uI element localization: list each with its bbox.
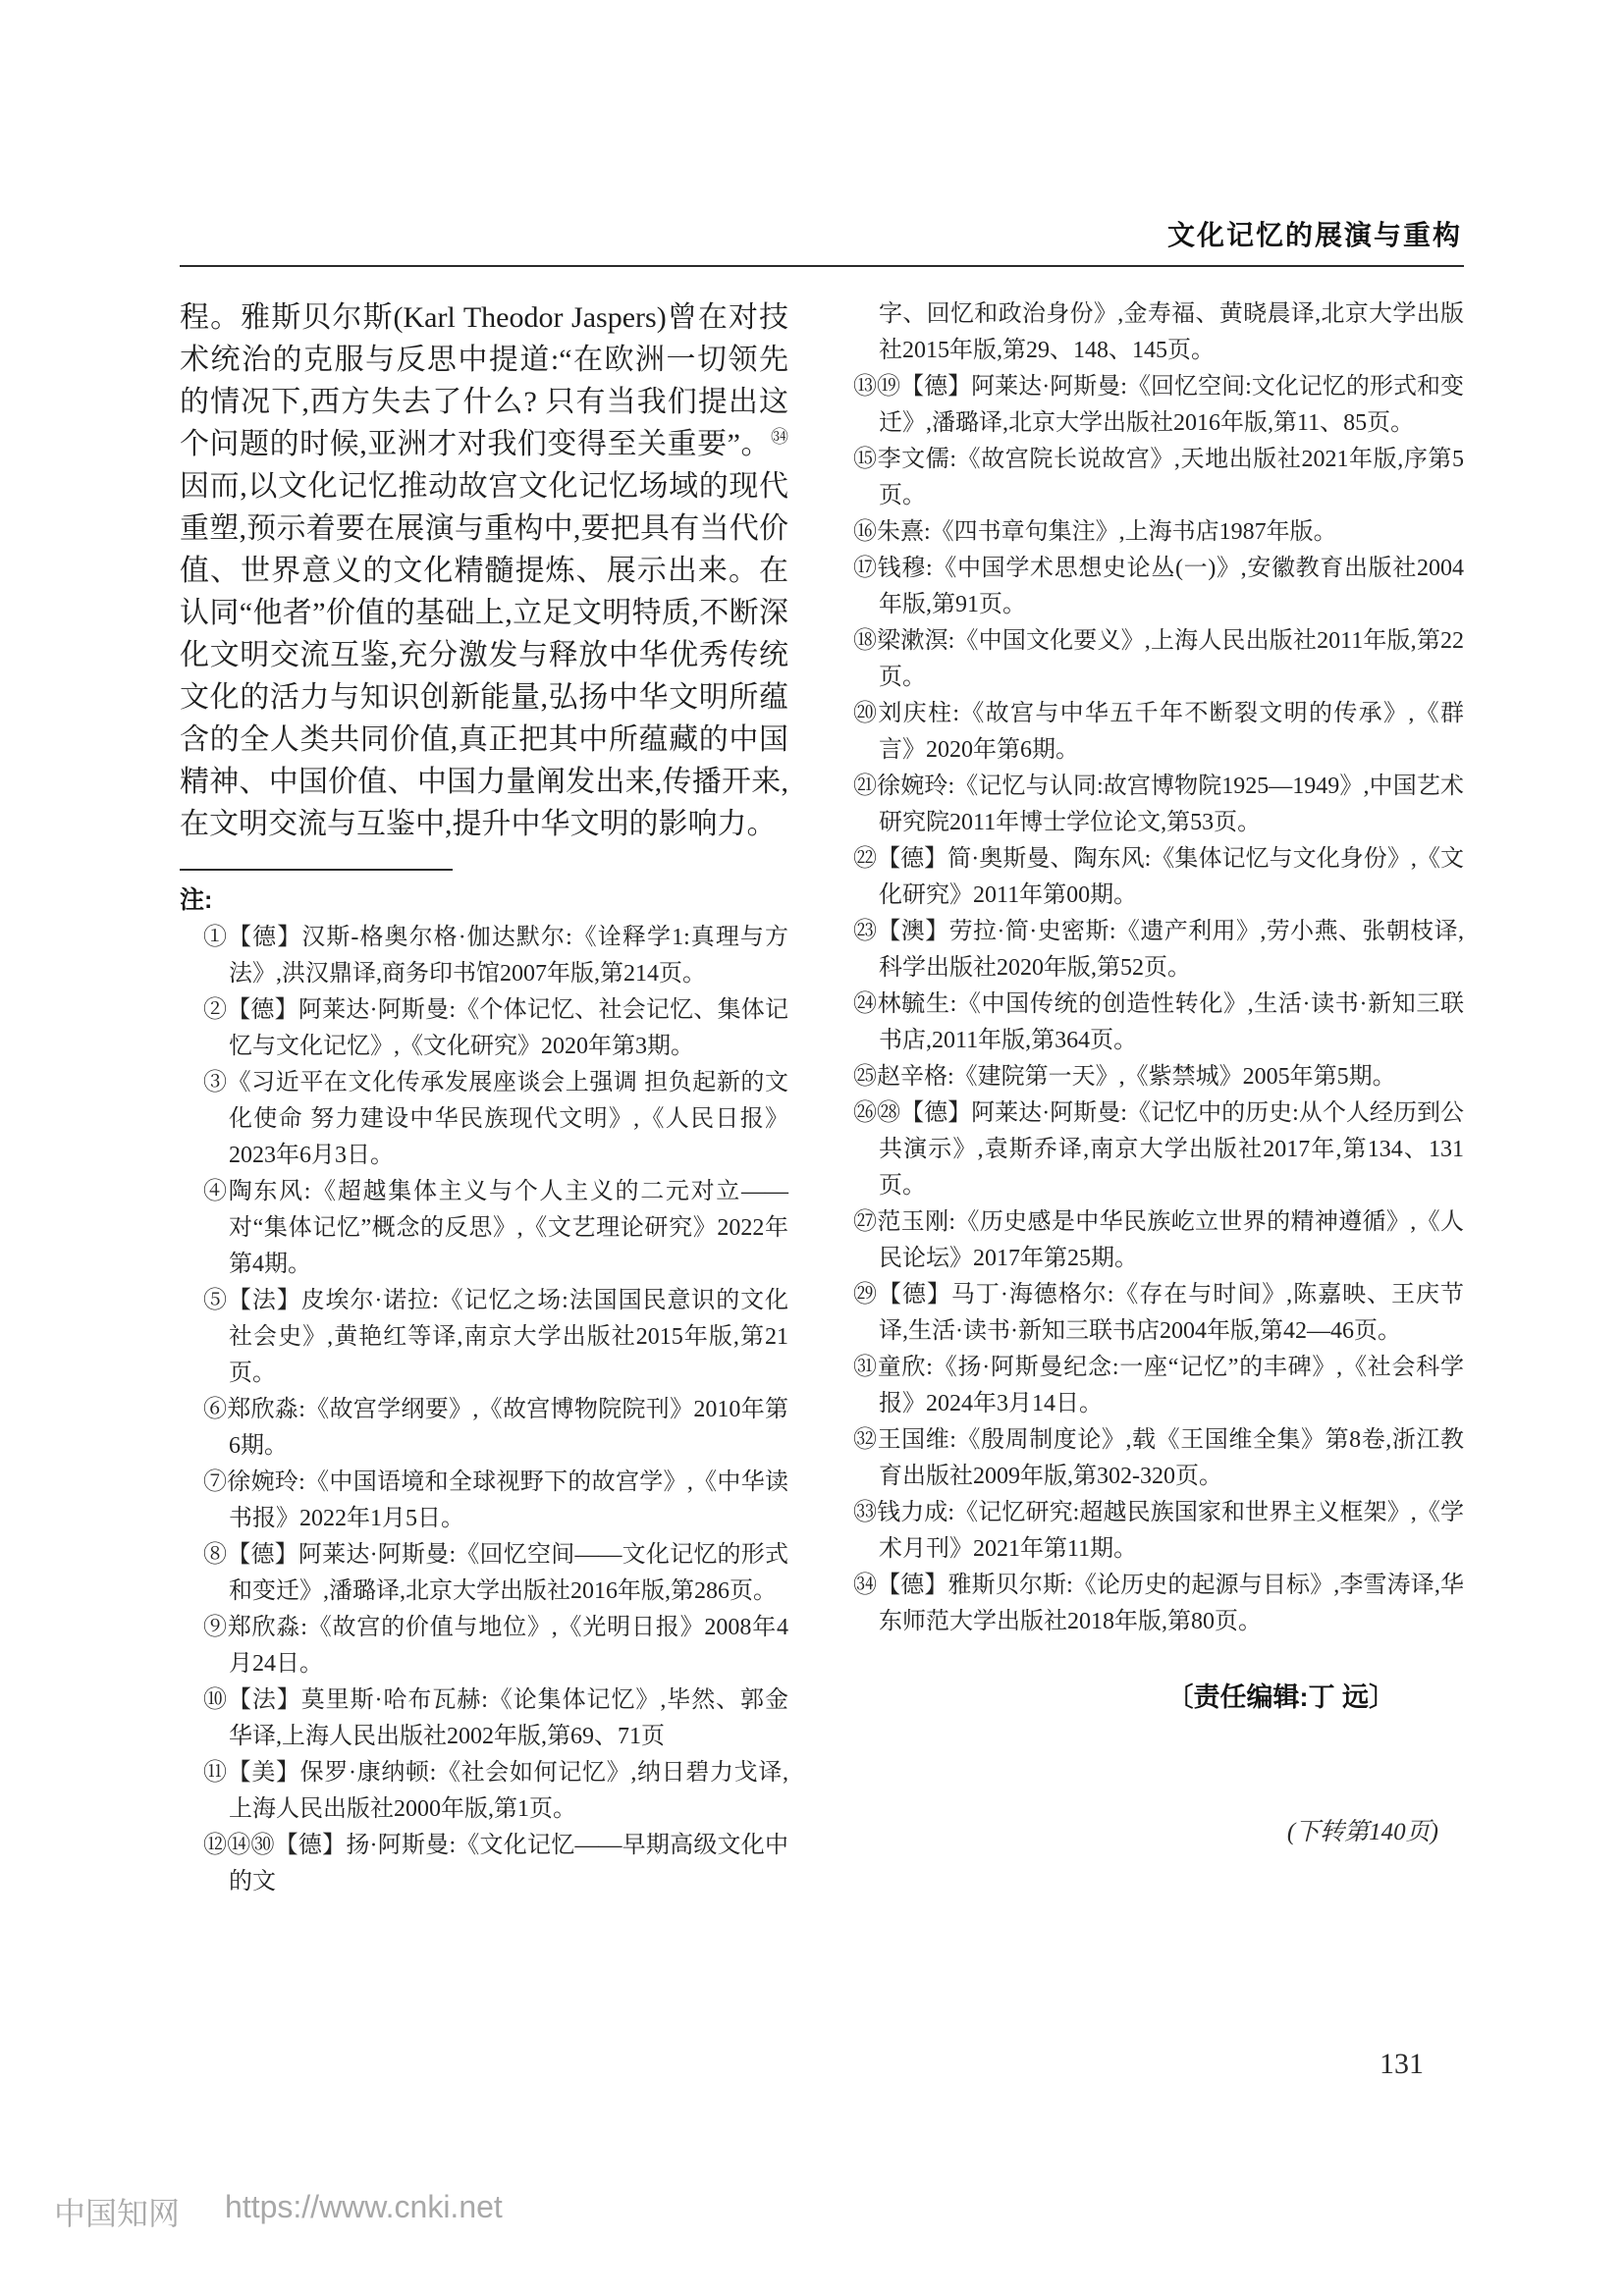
note-item: ⑯朱熹:《四书章句集注》,上海书店1987年版。	[853, 514, 1464, 551]
note-marker: ㉔	[853, 991, 878, 1017]
note-marker: ㉜	[853, 1427, 878, 1453]
two-column-layout: 程。雅斯贝尔斯(Karl Theodor Jaspers)曾在对技术统治的克服与…	[180, 296, 1464, 1900]
note-marker: ⑨	[203, 1615, 228, 1640]
note-item-continuation: 字、回忆和政治身份》,金寿福、黄晓晨译,北京大学出版社2015年版,第29、14…	[853, 296, 1464, 369]
note-text: 【法】皮埃尔·诺拉:《记忆之场:法国国民意识的文化社会史》,黄艳红等译,南京大学…	[228, 1288, 788, 1386]
note-marker: ③	[203, 1070, 228, 1095]
note-text: 李文儒:《故宫院长说故宫》,天地出版社2021年版,序第5页。	[878, 447, 1464, 508]
note-text: 陶东风:《超越集体主义与个人主义的二元对立——对“集体记忆”概念的反思》,《文艺…	[229, 1179, 788, 1277]
page-content: 文化记忆的展演与重构 程。雅斯贝尔斯(Karl Theodor Jaspers)…	[180, 214, 1464, 1900]
note-text: 字、回忆和政治身份》,金寿福、黄晓晨译,北京大学出版社2015年版,第29、14…	[879, 301, 1464, 363]
note-text: 【德】阿莱达·阿斯曼:《回忆空间——文化记忆的形式和变迁》,潘璐译,北京大学出版…	[227, 1542, 788, 1604]
note-item: ⑫⑭㉚【德】扬·阿斯曼:《文化记忆——早期高级文化中的文	[180, 1828, 788, 1900]
note-text: 徐婉玲:《记忆与认同:故宫博物院1925—1949》,中国艺术研究院2011年博…	[877, 774, 1464, 835]
note-item: ㉞【德】雅斯贝尔斯:《论历史的起源与目标》,李雪涛译,华东师范大学出版社2018…	[853, 1568, 1464, 1640]
note-text: 梁漱溟:《中国文化要义》,上海人民出版社2011年版,第22页。	[877, 628, 1464, 690]
article-paragraph: 程。雅斯贝尔斯(Karl Theodor Jaspers)曾在对技术统治的克服与…	[180, 296, 788, 845]
cnki-brand: 中国知网	[54, 2189, 180, 2234]
note-item: ⑨郑欣淼:《故宫的价值与地位》,《光明日报》2008年4月24日。	[180, 1610, 788, 1682]
note-text: 赵辛格:《建院第一天》,《紫禁城》2005年第5期。	[877, 1064, 1396, 1090]
note-item: ⑰钱穆:《中国学术思想史论丛(一)》,安徽教育出版社2004年版,第91页。	[853, 551, 1464, 623]
note-item: ④陶东风:《超越集体主义与个人主义的二元对立——对“集体记忆”概念的反思》,《文…	[180, 1174, 788, 1283]
note-item: ㉒【德】简·奥斯曼、陶东风:《集体记忆与文化身份》,《文化研究》2011年第00…	[853, 841, 1464, 914]
note-marker: ⑫⑭㉚	[203, 1833, 275, 1858]
note-text: 《习近平在文化传承发展座谈会上强调 担负起新的文化使命 努力建设中华民族现代文明…	[228, 1070, 788, 1168]
note-text: 徐婉玲:《中国语境和全球视野下的故宫学》,《中华读书报》2022年1月5日。	[227, 1469, 788, 1531]
footnote-ref-34: ㉞	[771, 427, 788, 447]
note-marker: ⑰	[853, 556, 878, 581]
note-text: 【德】汉斯-格奥尔格·伽达默尔:《诠释学1:真理与方法》,洪汉鼎译,商务印书馆2…	[228, 925, 788, 987]
note-item: ⑬⑲【德】阿莱达·阿斯曼:《回忆空间:文化记忆的形式和变迁》,潘璐译,北京大学出…	[853, 369, 1464, 442]
notes-label: 注:	[180, 881, 788, 920]
note-marker: ⑬⑲	[853, 374, 900, 400]
note-marker: ⑩	[203, 1687, 228, 1713]
note-text: 钱穆:《中国学术思想史论丛(一)》,安徽教育出版社2004年版,第91页。	[878, 556, 1464, 617]
note-item: ㉝钱力成:《记忆研究:超越民族国家和世界主义框架》,《学术月刊》2021年第11…	[853, 1495, 1464, 1568]
continuation-note: (下转第140页)	[853, 1812, 1464, 1847]
note-item: ③《习近平在文化传承发展座谈会上强调 担负起新的文化使命 努力建设中华民族现代文…	[180, 1065, 788, 1174]
note-text: 【德】雅斯贝尔斯:《论历史的起源与目标》,李雪涛译,华东师范大学出版社2018年…	[877, 1573, 1464, 1634]
note-marker: ⑯	[853, 519, 877, 545]
note-item: ②【德】阿莱达·阿斯曼:《个体记忆、社会记忆、集体记忆与文化记忆》,《文化研究》…	[180, 992, 788, 1065]
note-text: 童欣:《扬·阿斯曼纪念:一座“记忆”的丰碑》,《社会科学报》2024年3月14日…	[878, 1355, 1464, 1416]
note-item: ⑦徐婉玲:《中国语境和全球视野下的故宫学》,《中华读书报》2022年1月5日。	[180, 1465, 788, 1537]
cnki-watermark: 中国知网 https://www.cnki.net	[54, 2189, 503, 2234]
note-marker: ⑦	[203, 1469, 227, 1495]
note-text: 【德】简·奥斯曼、陶东风:《集体记忆与文化身份》,《文化研究》2011年第00期…	[877, 846, 1464, 908]
note-text: 【德】马丁·海德格尔:《存在与时间》,陈嘉映、王庆节译,生活·读书·新知三联书店…	[878, 1282, 1464, 1344]
note-marker: ㉒	[853, 846, 877, 872]
note-item: ㉔林毓生:《中国传统的创造性转化》,生活·读书·新知三联书店,2011年版,第3…	[853, 987, 1464, 1059]
note-text: 【德】扬·阿斯曼:《文化记忆——早期高级文化中的文	[229, 1833, 788, 1895]
note-marker: ㉝	[853, 1500, 877, 1525]
note-item: ⑱梁漱溟:《中国文化要义》,上海人民出版社2011年版,第22页。	[853, 623, 1464, 696]
note-text: 范玉刚:《历史感是中华民族屹立世界的精神遵循》,《人民论坛》2017年第25期。	[877, 1209, 1464, 1271]
note-marker: ⑧	[203, 1542, 227, 1568]
note-text: 王国维:《殷周制度论》,载《王国维全集》第8卷,浙江教育出版社2009年版,第3…	[878, 1427, 1464, 1489]
page-number: 131	[1380, 2048, 1424, 2081]
note-marker: ㉓	[853, 919, 877, 944]
note-marker: ②	[203, 997, 227, 1023]
left-column: 程。雅斯贝尔斯(Karl Theodor Jaspers)曾在对技术统治的克服与…	[180, 296, 788, 1900]
note-item: ⑤【法】皮埃尔·诺拉:《记忆之场:法国国民意识的文化社会史》,黄艳红等译,南京大…	[180, 1283, 788, 1392]
note-marker: ㉕	[853, 1064, 877, 1090]
note-item: ⑳刘庆柱:《故宫与中华五千年不断裂文明的传承》,《群言》2020年第6期。	[853, 696, 1464, 769]
right-column: 字、回忆和政治身份》,金寿福、黄晓晨译,北京大学出版社2015年版,第29、14…	[853, 296, 1464, 1900]
page-header: 文化记忆的展演与重构	[180, 214, 1464, 253]
note-text: 刘庆柱:《故宫与中华五千年不断裂文明的传承》,《群言》2020年第6期。	[878, 701, 1464, 763]
note-item: ㉙【德】马丁·海德格尔:《存在与时间》,陈嘉映、王庆节译,生活·读书·新知三联书…	[853, 1277, 1464, 1350]
note-text: 【美】保罗·康纳顿:《社会如何记忆》,纳日碧力戈译,上海人民出版社2000年版,…	[228, 1760, 788, 1822]
note-item: ㉖㉘【德】阿莱达·阿斯曼:《记忆中的历史:从个人经历到公共演示》,袁斯乔译,南京…	[853, 1095, 1464, 1204]
note-marker: ④	[203, 1179, 229, 1204]
paragraph-text-after-ref: 因而,以文化记忆推动故宫文化记忆场域的现代重塑,预示着要在展演与重构中,要把具有…	[180, 470, 788, 840]
note-text: 【澳】劳拉·简·史密斯:《遗产利用》,劳小燕、张朝枝译,科学出版社2020年版,…	[877, 919, 1464, 981]
note-text: 【法】莫里斯·哈布瓦赫:《论集体记忆》,毕然、郭金华译,上海人民出版社2002年…	[228, 1687, 788, 1749]
note-text: 【德】阿莱达·阿斯曼:《个体记忆、社会记忆、集体记忆与文化记忆》,《文化研究》2…	[227, 997, 788, 1059]
note-item: ⑪【美】保罗·康纳顿:《社会如何记忆》,纳日碧力戈译,上海人民出版社2000年版…	[180, 1755, 788, 1828]
note-item: ㉑徐婉玲:《记忆与认同:故宫博物院1925—1949》,中国艺术研究院2011年…	[853, 769, 1464, 841]
note-marker: ①	[203, 925, 228, 950]
running-title: 文化记忆的展演与重构	[1167, 220, 1464, 250]
note-marker: ㉑	[853, 774, 877, 799]
editor-note: 〔责任编辑:丁 远〕	[853, 1676, 1464, 1714]
note-item: ㉜王国维:《殷周制度论》,载《王国维全集》第8卷,浙江教育出版社2009年版,第…	[853, 1422, 1464, 1495]
note-item: ㉓【澳】劳拉·简·史密斯:《遗产利用》,劳小燕、张朝枝译,科学出版社2020年版…	[853, 914, 1464, 987]
note-marker: ⑱	[853, 628, 877, 654]
footnote-separator	[180, 869, 453, 871]
note-marker: ㉙	[853, 1282, 878, 1308]
note-text: 朱熹:《四书章句集注》,上海书店1987年版。	[877, 519, 1337, 545]
note-text: 【德】阿莱达·阿斯曼:《回忆空间:文化记忆的形式和变迁》,潘璐译,北京大学出版社…	[879, 374, 1464, 436]
note-marker: ㉖㉘	[853, 1100, 900, 1126]
note-marker: ⑪	[203, 1760, 228, 1786]
note-marker: ⑳	[853, 701, 878, 726]
note-item: ⑮李文儒:《故宫院长说故宫》,天地出版社2021年版,序第5页。	[853, 442, 1464, 514]
note-marker: ㉞	[853, 1573, 877, 1598]
note-text: 郑欣淼:《故宫学纲要》,《故宫博物院院刊》2010年第6期。	[227, 1397, 788, 1459]
header-rule	[180, 265, 1464, 267]
note-item: ⑩【法】莫里斯·哈布瓦赫:《论集体记忆》,毕然、郭金华译,上海人民出版社2002…	[180, 1682, 788, 1755]
note-item: ㉛童欣:《扬·阿斯曼纪念:一座“记忆”的丰碑》,《社会科学报》2024年3月14…	[853, 1350, 1464, 1422]
note-marker: ⑥	[203, 1397, 227, 1422]
note-item: ⑧【德】阿莱达·阿斯曼:《回忆空间——文化记忆的形式和变迁》,潘璐译,北京大学出…	[180, 1537, 788, 1610]
note-text: 【德】阿莱达·阿斯曼:《记忆中的历史:从个人经历到公共演示》,袁斯乔译,南京大学…	[879, 1100, 1464, 1199]
note-item: ⑥郑欣淼:《故宫学纲要》,《故宫博物院院刊》2010年第6期。	[180, 1392, 788, 1465]
cnki-url: https://www.cnki.net	[225, 2189, 503, 2234]
paragraph-text-before-ref: 程。雅斯贝尔斯(Karl Theodor Jaspers)曾在对技术统治的克服与…	[180, 301, 788, 460]
note-text: 钱力成:《记忆研究:超越民族国家和世界主义框架》,《学术月刊》2021年第11期…	[877, 1500, 1464, 1562]
note-text: 郑欣淼:《故宫的价值与地位》,《光明日报》2008年4月24日。	[228, 1615, 788, 1677]
journal-page-scan: 文化记忆的展演与重构 程。雅斯贝尔斯(Karl Theodor Jaspers)…	[0, 0, 1623, 2296]
note-marker: ⑮	[853, 447, 878, 472]
note-item: ①【德】汉斯-格奥尔格·伽达默尔:《诠释学1:真理与方法》,洪汉鼎译,商务印书馆…	[180, 920, 788, 992]
note-item: ㉕赵辛格:《建院第一天》,《紫禁城》2005年第5期。	[853, 1059, 1464, 1095]
note-item: ㉗范玉刚:《历史感是中华民族屹立世界的精神遵循》,《人民论坛》2017年第25期…	[853, 1204, 1464, 1277]
note-marker: ㉛	[853, 1355, 878, 1380]
note-marker: ㉗	[853, 1209, 877, 1235]
note-text: 林毓生:《中国传统的创造性转化》,生活·读书·新知三联书店,2011年版,第36…	[878, 991, 1464, 1053]
note-marker: ⑤	[203, 1288, 228, 1313]
